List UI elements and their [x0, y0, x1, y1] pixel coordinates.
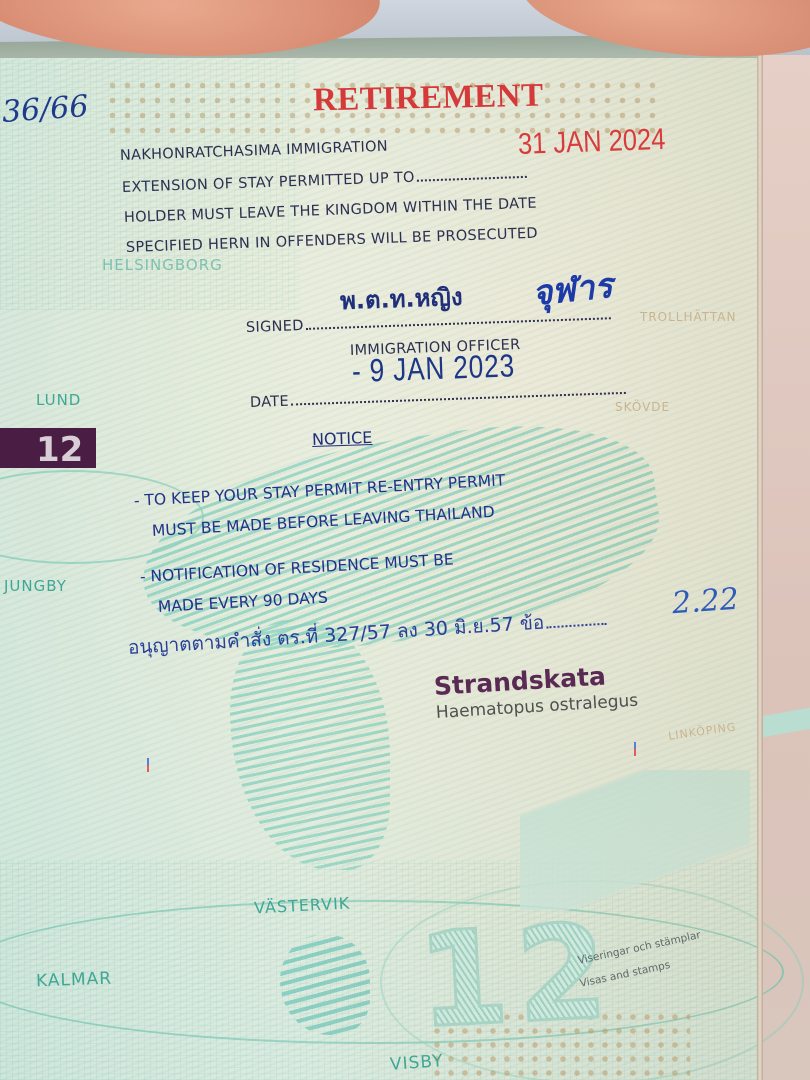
stamp-retirement-label: RETIREMENT	[313, 78, 544, 120]
handwritten-page-ref: 36/66	[1, 89, 90, 130]
city-label-lund: LUND	[36, 391, 81, 409]
registration-mark	[634, 742, 636, 756]
city-label-helsingborg: HELSINGBORG	[102, 256, 223, 274]
date-label: DATE	[250, 394, 289, 411]
page-number-tab-text: 12	[36, 430, 83, 470]
city-label-skovde: SKÖVDE	[615, 400, 670, 414]
page-number-tab: 12	[0, 428, 96, 468]
photo-scene: 12 LUND JUNGBY HELSINGBORG TROLLHÄTTAN S…	[0, 0, 810, 1080]
bird-wing-shape	[520, 770, 750, 910]
city-label-ljungby: JUNGBY	[4, 577, 67, 595]
city-label-trollhattan: TROLLHÄTTAN	[640, 310, 737, 324]
city-label-kalmar: KALMAR	[36, 969, 113, 992]
signed-label: SIGNED	[246, 318, 304, 336]
notice-title: NOTICE	[312, 428, 373, 449]
handwritten-clause-number: 2.22	[671, 582, 740, 622]
registration-mark	[147, 758, 149, 772]
stamp-expiry-date: 31 JAN 2024	[517, 123, 666, 162]
stamp-issue-date: - 9 JAN 2023	[351, 347, 515, 390]
passport-binding	[757, 55, 763, 1080]
